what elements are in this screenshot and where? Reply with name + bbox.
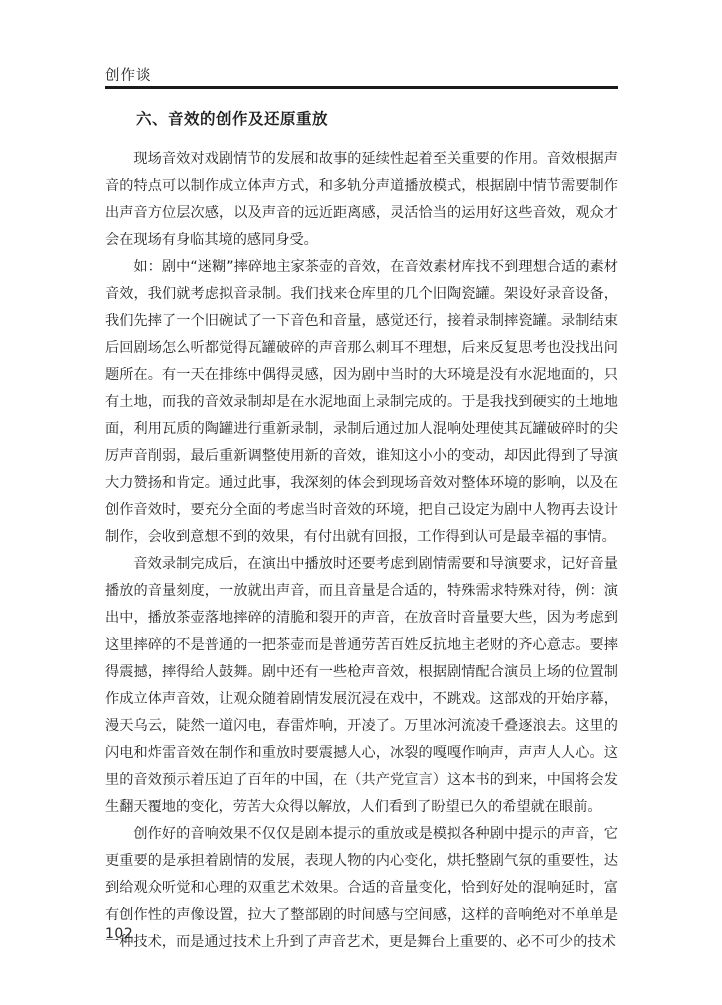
running-header: 创作谈 xyxy=(105,64,618,85)
body-text: 现场音效对戏剧情节的发展和故事的延续性起着至关重要的作用。音效根据声音的特点可以… xyxy=(105,146,618,956)
paragraph-2: 如：剧中“迷糊”摔碎地主家茶壶的音效，在音效素材库找不到理想合适的素材音效，我们… xyxy=(105,254,618,551)
paragraph-4: 创作好的音响效果不仅仅是剧本提示的重放或是模拟各种剧中提示的声音，它更重要的是承… xyxy=(105,821,618,956)
page-number: 102 xyxy=(105,926,133,942)
section-title: 六、音效的创作及还原重放 xyxy=(105,107,618,129)
header-rule-divider xyxy=(105,86,618,89)
paragraph-1: 现场音效对戏剧情节的发展和故事的延续性起着至关重要的作用。音效根据声音的特点可以… xyxy=(105,146,618,254)
document-page: 创作谈 六、音效的创作及还原重放 现场音效对戏剧情节的发展和故事的延续性起着至关… xyxy=(0,0,722,1005)
paragraph-3: 音效录制完成后，在演出中播放时还要考虑到剧情需要和导演要求，记好音量播放的音量刻… xyxy=(105,551,618,821)
